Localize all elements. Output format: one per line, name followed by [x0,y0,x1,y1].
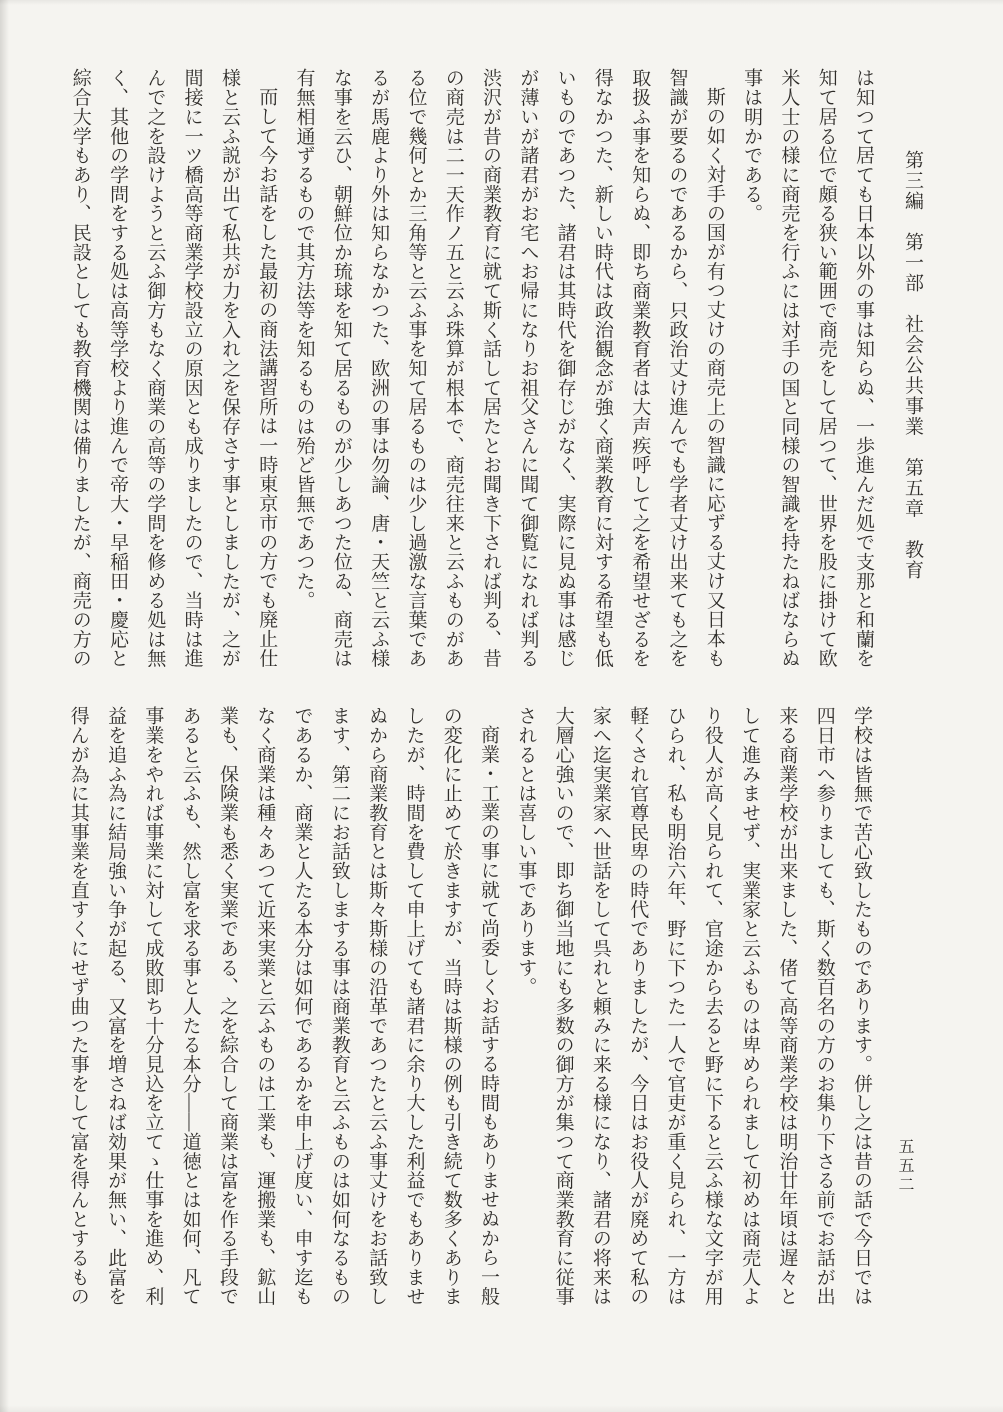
text-column: く、其他の学問をする処は高等学校より進んで帝大・早稲田・慶応と [99,68,136,662]
text-column: して進みませず、実業家と云ふものは卑められまして初めは商売人よ [731,706,768,1298]
text-column: 事は明かである。 [733,68,770,662]
text-column: な事を云ひ、朝鮮位か琉球を知て居るものが少しあつた位ゐ、商売は [323,68,360,662]
text-column: ぬから商業教育とは斯々斯様の沿革であつたと云ふ事丈けをお話致し [358,706,395,1298]
text-column: 様と云ふ説が出て私共が力を入れ之を保存さす事としましたが、之が [211,68,248,662]
text-column: したが、時間を費して申上げても諸君に余り大した利益でもありませ [395,706,432,1298]
text-column: 知て居る位で頗る狭い範囲で商売をして居つて、世界を股に掛けて欧 [807,68,844,662]
text-column: る位で幾何とか三角等と云ふ事を知て居るものは少し過激な言葉であ [397,68,434,662]
text-column: であるか、商業と人たる本分は如何であるかを申上げ度い、申す迄も [283,706,320,1298]
text-column: 綜合大学もあり、民設としても教育機関は備りましたが、商売の方の [61,68,98,662]
bottom-text-block: 学校は皆無で苦心致したものであります。併し之は昔の話で今日では四日市へ参りまして… [56,706,880,1298]
text-column: 渋沢が昔の商業教育に就て斯く話して居たとお聞き下されば判る、昔 [472,68,509,662]
text-column: なく商業は種々あつて近来実業と云ふものは工業も、運搬業も、鉱山 [246,706,283,1298]
text-column: 事業をやれば事業に対して成敗即ち十分見込を立てゝ仕事を進め、利 [134,706,171,1298]
text-column: 家へ迄実業家へ世話をして呉れと頼みに来る様になり、諸君の将来は [582,706,619,1298]
text-column: 斯の如く対手の国が有つ丈けの商売上の智識に応ずる丈け又日本も [696,68,733,662]
text-column: 而して今お話をした最初の商法講習所は一時東京市の方でも廃止仕 [248,68,285,662]
text-column: 得んが為に其事業を直すくにせず曲つた事をして富を得んとするもの [59,706,96,1298]
text-column: り役人が高く見られて、官途から去ると野に下ると云ふ様な文字が用 [694,706,731,1298]
text-column: 四日市へ参りましても、斯く数百名の方のお集り下さる前でお話が出 [805,706,842,1298]
text-column: 益を追ふ為に結局強い争が起る、又富を増さねば効果が無い、此富を [97,706,134,1298]
text-column: 間接に一ツ橋高等商業学校設立の原因とも成りましたので、当時は進 [173,68,210,662]
text-column: 米人士の様に商売を行ふには対手の国と同様の智識を持たねばならぬ [770,68,807,662]
text-column: 業も、保険業も悉く実業である、之を綜合して商業は富を作る手段で [209,706,246,1298]
running-head: 第三編 第一部 社会公共事業 第五章 教育 [899,150,926,581]
text-column: されるとは喜しい事であります。 [507,706,544,1298]
text-column: の変化に止めて於きますが、当時は斯様の例も引き続て数多くありま [432,706,469,1298]
text-column: 商業・工業の事に就て尚委しくお話する時間もありませぬから一般 [470,706,507,1298]
text-column: が薄いが諸君がお宅へお帰になりお祖父さんに聞て御覧になれば判る [509,68,546,662]
text-column: 軽くされ官尊民卑の時代でありましたが、今日はお役人が廃めて私の [619,706,656,1298]
top-text-block: は知つて居ても日本以外の事は知らぬ、一歩進んだ処で支那と和蘭を知て居る位で頗る狭… [60,68,882,662]
page-number: 五五二 [893,1138,916,1195]
text-column: 取扱ふ事を知らぬ、即ち商業教育者は大声疾呼して之を希望せざるを [621,68,658,662]
text-column: ます、第二にお話致しまする事は商業教育と云ふものは如何なるもの [321,706,358,1298]
text-column: 大層心強いので、即ち御当地にも多数の御方が集つて商業教育に従事 [544,706,581,1298]
text-column: 学校は皆無で苦心致したものであります。併し之は昔の話で今日では [843,706,880,1298]
text-column: 智識が要るのであるから、只政治丈け進んでも学者丈け出来ても之を [658,68,695,662]
text-column: あると云ふも、然し富を求る事と人たる本分――道徳とは如何、凡て [171,706,208,1298]
text-column: んで之を設けようと云ふ御方もなく商業の高等の学問を修める処は無 [136,68,173,662]
book-page: 第三編 第一部 社会公共事業 第五章 教育 は知つて居ても日本以外の事は知らぬ、… [0,0,1003,1412]
text-column: いものであつた、諸君は其時代を御存じがなく、実際に見ぬ事は感じ [546,68,583,662]
text-column: ひられ、私も明治六年、野に下つた一人で官吏が重く見られ、一方は [656,706,693,1298]
text-column: 得なかつた、新しい時代は政治観念が強く商業教育に対する希望も低 [584,68,621,662]
text-column: は知つて居ても日本以外の事は知らぬ、一歩進んだ処で支那と和蘭を [845,68,882,662]
text-column: 来る商業学校が出来ました、偖て高等商業学校は明治廿年頃は遅々と [768,706,805,1298]
text-column: るが馬鹿より外は知らなかつた、欧洲の事は勿論、唐・天竺と云ふ様 [360,68,397,662]
text-column: 有無相通ずるもので其方法等を知るものは殆ど皆無であつた。 [285,68,322,662]
text-column: の商売は二一天作ノ五と云ふ珠算が根本で、商売往来と云ふものがあ [434,68,471,662]
